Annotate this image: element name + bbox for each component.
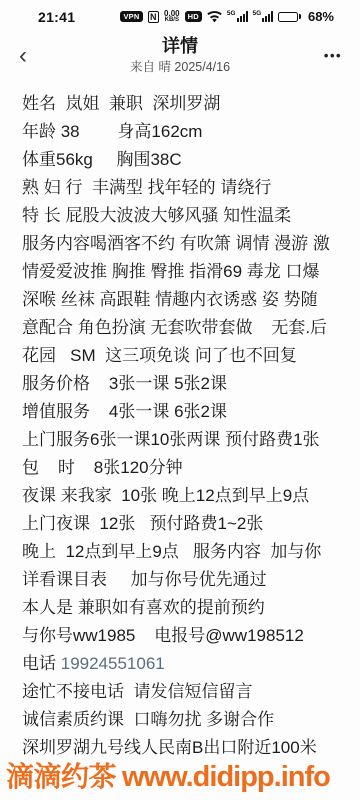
nfc-icon: N — [148, 11, 160, 23]
body-line: 诚信素质约课 口嗨勿扰 多谢合作 — [22, 706, 360, 734]
body-line: 意配合 角色扮演 无套吹带套做 无套.后 — [22, 314, 360, 342]
body-text: 夜课 来我家 10张 晚上12点到早上9点 — [22, 486, 309, 505]
body-line: 花园 SM 这三项免谈 问了也不回复 — [22, 342, 360, 370]
body-text: 途忙不接电话 请发信短信留言 — [22, 682, 252, 701]
ellipsis-icon: ••• — [324, 48, 342, 63]
header-title-block: 详情 来自 晴 2025/4/16 — [0, 34, 360, 75]
phone-number-link[interactable]: 19924551061 — [61, 654, 165, 673]
body-line: 增值服务 4张一课 6张2课 — [22, 398, 360, 426]
status-bar: 21:41 VPN N 0.00 KB/S HD 5G 5G 68% — [0, 0, 360, 30]
body-line: 电话 19924551061 — [22, 650, 360, 678]
body-line: 上门服务6张一课10张两课 预付路费1张 — [22, 426, 360, 454]
body-line: 包 时 8张120分钟 — [22, 454, 360, 482]
hd-voice-icon: HD — [185, 11, 202, 23]
body-text: 情爱爱波推 胸推 臀推 指滑69 毒龙 口爆 — [22, 262, 320, 281]
battery-percent: 68% — [308, 9, 334, 24]
network-speed-value: 0.00 — [164, 10, 180, 17]
network-speed-indicator: 0.00 KB/S — [164, 10, 180, 24]
body-line: 晚上 12点到早上9点 服务内容 加与你 — [22, 538, 360, 566]
network-speed-unit: KB/S — [165, 17, 179, 24]
body-line: 途忙不接电话 请发信短信留言 — [22, 678, 360, 706]
body-line: 本人是 兼职如有喜欢的提前预约 — [22, 594, 360, 622]
body-text: 本人是 兼职如有喜欢的提前预约 — [22, 598, 265, 617]
clock-time: 21:41 — [38, 9, 75, 25]
body-text: 包 时 8张120分钟 — [22, 458, 183, 477]
body-text: 意配合 角色扮演 无套吹带套做 无套.后 — [22, 318, 327, 337]
page-subtitle: 来自 晴 2025/4/16 — [0, 59, 360, 75]
body-text: 上门夜课 12张 预付路费1~2张 — [22, 514, 263, 533]
battery-icon — [278, 12, 301, 22]
brand-text: 滴滴约茶 — [6, 755, 116, 795]
vpn-icon: VPN — [120, 11, 142, 23]
5g-label: 5G — [227, 11, 236, 17]
body-line: 姓名 岚姐 兼职 深圳罗湖 — [22, 90, 360, 118]
body-line: 详看课目表 加与你号优先通过 — [22, 566, 360, 594]
page-title: 详情 — [0, 34, 360, 58]
body-text: 服务价格 3张一课 5张2课 — [22, 374, 227, 393]
body-text: 上门服务6张一课10张两课 预付路费1张 — [22, 430, 320, 449]
header: ‹ 详情 来自 晴 2025/4/16 ••• — [0, 30, 360, 84]
body-text: 体重56kg 胸围38C — [22, 150, 182, 169]
body-text: 特 长 屁股大波波大够风骚 知性温柔 — [22, 206, 291, 225]
cellular-signal-icon-sim2: 5G — [253, 11, 274, 22]
body-line: 服务内容喝酒客不约 有吹箫 调情 漫游 激 — [22, 230, 360, 258]
body-line: 体重56kg 胸围38C — [22, 146, 360, 174]
body-lines: 姓名 岚姐 兼职 深圳罗湖年龄 38 身高162cm体重56kg 胸围38C熟 … — [0, 84, 360, 762]
body-text: 深喉 丝袜 高跟鞋 情趣内衣诱惑 姿 势随 — [22, 290, 318, 309]
body-line: 服务价格 3张一课 5张2课 — [22, 370, 360, 398]
body-line: 熟 妇 行 丰满型 找年轻的 请绕行 — [22, 174, 360, 202]
body-line: 上门夜课 12张 预付路费1~2张 — [22, 510, 360, 538]
cellular-signal-icon-sim1: 5G — [227, 11, 248, 22]
body-text: 与你号ww1985 电报号@ww198512 — [22, 626, 304, 645]
body-text: 电话 — [22, 654, 61, 673]
body-text: 晚上 12点到早上9点 服务内容 加与你 — [22, 542, 321, 561]
body-text: 姓名 岚姐 兼职 深圳罗湖 — [22, 94, 220, 113]
body-line: 深喉 丝袜 高跟鞋 情趣内衣诱惑 姿 势随 — [22, 286, 360, 314]
body-text: 年龄 38 身高162cm — [22, 122, 202, 141]
body-line: 与你号ww1985 电报号@ww198512 — [22, 622, 360, 650]
watermark-url-link[interactable]: www.didipp.info — [122, 761, 330, 794]
body-text: 详看课目表 加与你号优先通过 — [22, 570, 267, 589]
footer-watermark: 滴滴约茶 www.didipp.info — [6, 755, 330, 795]
more-options-button[interactable]: ••• — [316, 40, 350, 70]
body-text: 服务内容喝酒客不约 有吹箫 调情 漫游 激 — [22, 234, 330, 253]
body-text: 花园 SM 这三项免谈 问了也不回复 — [22, 346, 297, 365]
body-line: 情爱爱波推 胸推 臀推 指滑69 毒龙 口爆 — [22, 258, 360, 286]
body-text: 熟 妇 行 丰满型 找年轻的 请绕行 — [22, 178, 271, 197]
body-text: 诚信素质约课 口嗨勿扰 多谢合作 — [22, 710, 274, 729]
body-text: 增值服务 4张一课 6张2课 — [22, 402, 227, 421]
5g-label: 5G — [253, 11, 262, 17]
body-line: 夜课 来我家 10张 晚上12点到早上9点 — [22, 482, 360, 510]
body-line: 特 长 屁股大波波大够风骚 知性温柔 — [22, 202, 360, 230]
wifi-icon — [207, 11, 222, 23]
body-line: 年龄 38 身高162cm — [22, 118, 360, 146]
